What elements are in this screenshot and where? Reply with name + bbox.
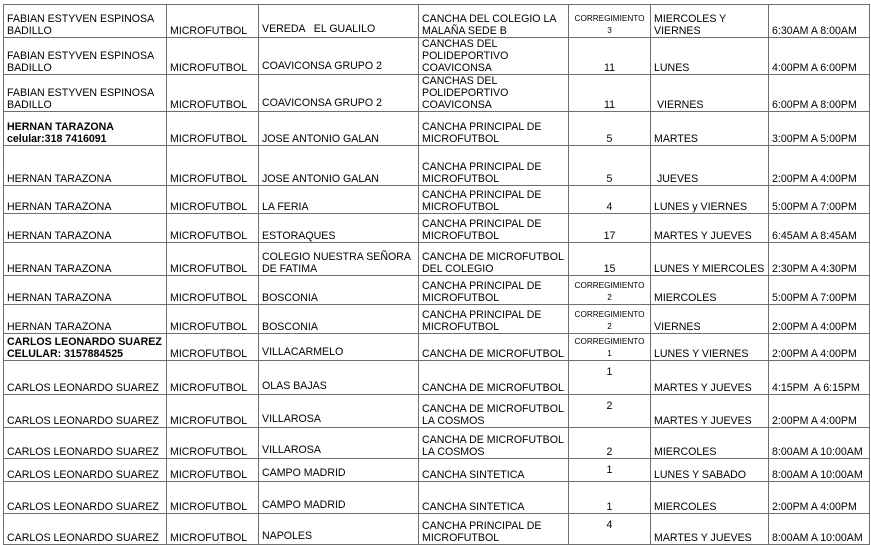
sport-cell: MICROFUTBOL	[167, 459, 259, 482]
table-row: HERNAN TARAZONAMICROFUTBOLESTORAQUESCANC…	[4, 214, 870, 243]
table-row: CARLOS LEONARDO SUAREZMICROFUTBOLCAMPO M…	[4, 482, 870, 514]
venue-cell: CANCHAS DELPOLIDEPORTIVOCOAVICONSA	[419, 75, 569, 112]
days-cell-line: LUNES Y MIERCOLES	[654, 263, 765, 275]
days-cell-line: MARTES Y JUEVES	[654, 382, 765, 394]
venue-cell-line: MICROFUTBOL	[422, 230, 565, 242]
sport-cell: MICROFUTBOL	[167, 361, 259, 395]
sport-cell: MICROFUTBOL	[167, 428, 259, 459]
instructor-cell: HERNAN TARAZONA	[4, 186, 167, 214]
instructor-cell-line: HERNAN TARAZONA	[7, 201, 163, 213]
instructor-cell-line: FABIAN ESTYVEN ESPINOSA	[7, 50, 163, 62]
time-cell: 6:45AM A 8:45AM	[769, 214, 870, 243]
table-row: CARLOS LEONARDO SUAREZMICROFUTBOLOLAS BA…	[4, 361, 870, 395]
days-cell: MARTES Y JUEVES	[651, 361, 769, 395]
time-cell: 2:00PM A 4:00PM	[769, 334, 870, 361]
days-cell-line: VIERNES	[654, 25, 765, 37]
instructor-cell: CARLOS LEONARDO SUAREZ	[4, 395, 167, 428]
venue-cell: CANCHA DEL COLEGIO LAMALAÑA SEDE B	[419, 5, 569, 38]
table-row: HERNAN TARAZONAMICROFUTBOLBOSCONIACANCHA…	[4, 305, 870, 334]
comuna-cell: 5	[569, 146, 651, 186]
venue-cell-line: CANCHAS DEL	[422, 38, 565, 50]
sport-cell: MICROFUTBOL	[167, 334, 259, 361]
days-cell-line: MIERCOLES	[654, 292, 765, 304]
days-cell: LUNES Y SABADO	[651, 459, 769, 482]
days-cell: MARTES Y JUEVES	[651, 395, 769, 428]
instructor-cell: HERNAN TARAZONA	[4, 214, 167, 243]
venue-cell-line: CANCHA PRINCIPAL DE	[422, 309, 565, 321]
sport-cell: MICROFUTBOL	[167, 75, 259, 112]
venue-cell: CANCHA PRINCIPAL DEMICROFUTBOL	[419, 146, 569, 186]
venue-cell-line: CANCHA PRINCIPAL DE	[422, 189, 565, 201]
comuna-cell: 15	[569, 243, 651, 276]
venue-cell-line: LA COSMOS	[422, 415, 565, 427]
time-cell: 2:00PM A 4:00PM	[769, 395, 870, 428]
sport-cell: MICROFUTBOL	[167, 186, 259, 214]
venue-cell-line: MICROFUTBOL	[422, 173, 565, 185]
instructor-cell: FABIAN ESTYVEN ESPINOSABADILLO	[4, 5, 167, 38]
venue-cell-line: CANCHA PRINCIPAL DE	[422, 161, 565, 173]
days-cell: MIERCOLES	[651, 428, 769, 459]
sport-cell: MICROFUTBOL	[167, 482, 259, 514]
zone-cell: NAPOLES	[259, 514, 419, 545]
venue-cell: CANCHA PRINCIPAL DEMICROFUTBOL	[419, 186, 569, 214]
days-cell-line: VIERNES	[654, 321, 765, 333]
instructor-cell: FABIAN ESTYVEN ESPINOSABADILLO	[4, 38, 167, 75]
comuna-cell: CORREGIMIENTO 2	[569, 276, 651, 305]
zone-cell: VEREDA EL GUALILO	[259, 5, 419, 38]
instructor-cell: CARLOS LEONARDO SUAREZ	[4, 361, 167, 395]
table-row: FABIAN ESTYVEN ESPINOSABADILLOMICROFUTBO…	[4, 38, 870, 75]
time-cell: 8:00AM A 10:00AM	[769, 459, 870, 482]
instructor-cell-line: CARLOS LEONARDO SUAREZ	[7, 382, 163, 394]
venue-cell-line: CANCHA SINTETICA	[422, 469, 565, 481]
time-cell: 4:00PM A 6:00PM	[769, 38, 870, 75]
instructor-cell-line: CELULAR: 3157884525	[7, 348, 163, 360]
venue-cell-line: CANCHA PRINCIPAL DE	[422, 218, 565, 230]
venue-cell: CANCHA DE MICROFUTBOL	[419, 334, 569, 361]
days-cell-line: MARTES Y JUEVES	[654, 415, 765, 427]
time-cell: 3:00PM A 5:00PM	[769, 112, 870, 146]
days-cell: JUEVES	[651, 146, 769, 186]
venue-cell: CANCHA SINTETICA	[419, 482, 569, 514]
time-cell: 8:00AM A 10:00AM	[769, 428, 870, 459]
venue-cell-line: CANCHA DEL COLEGIO LA	[422, 13, 565, 25]
instructor-cell: HERNAN TARAZONA	[4, 146, 167, 186]
comuna-cell: CORREGIMIENTO 2	[569, 305, 651, 334]
time-cell: 2:00PM A 4:00PM	[769, 482, 870, 514]
zone-cell: CAMPO MADRID	[259, 459, 419, 482]
days-cell-line: LUNES Y SABADO	[654, 469, 765, 481]
table-row: HERNAN TARAZONAMICROFUTBOLBOSCONIACANCHA…	[4, 276, 870, 305]
instructor-cell: HERNAN TARAZONA	[4, 305, 167, 334]
days-cell: LUNES Y VIERNES	[651, 334, 769, 361]
comuna-cell: 2	[569, 428, 651, 459]
table-row: HERNAN TARAZONAMICROFUTBOLJOSE ANTONIO G…	[4, 146, 870, 186]
comuna-cell: 11	[569, 38, 651, 75]
venue-cell: CANCHA PRINCIPAL DEMICROFUTBOL	[419, 112, 569, 146]
instructor-cell-line: CARLOS LEONARDO SUAREZ	[7, 469, 163, 481]
venue-cell-line: CANCHAS DEL	[422, 75, 565, 87]
table-row: CARLOS LEONARDO SUAREZMICROFUTBOLNAPOLES…	[4, 514, 870, 545]
time-cell: 2:00PM A 4:00PM	[769, 146, 870, 186]
instructor-cell-line: CARLOS LEONARDO SUAREZ	[7, 336, 163, 348]
instructor-cell: HERNAN TARAZONA	[4, 276, 167, 305]
venue-cell: CANCHA PRINCIPAL DEMICROFUTBOL	[419, 276, 569, 305]
instructor-cell-line: HERNAN TARAZONA	[7, 173, 163, 185]
sport-cell: MICROFUTBOL	[167, 146, 259, 186]
days-cell: LUNES y VIERNES	[651, 186, 769, 214]
zone-cell: LA FERIA	[259, 186, 419, 214]
sport-cell: MICROFUTBOL	[167, 214, 259, 243]
comuna-cell: 4	[569, 514, 651, 545]
venue-cell: CANCHA PRINCIPAL DEMICROFUTBOL	[419, 305, 569, 334]
instructor-cell-line: HERNAN TARAZONA	[7, 263, 163, 275]
table-row: HERNAN TARAZONAMICROFUTBOLCOLEGIO NUESTR…	[4, 243, 870, 276]
instructor-cell-line: CARLOS LEONARDO SUAREZ	[7, 415, 163, 427]
days-cell: VIERNES	[651, 75, 769, 112]
table-row: CARLOS LEONARDO SUAREZMICROFUTBOLVILLARO…	[4, 428, 870, 459]
venue-cell-line: CANCHA DE MICROFUTBOL	[422, 251, 565, 263]
instructor-cell-line: HERNAN TARAZONA	[7, 292, 163, 304]
days-cell: LUNES Y MIERCOLES	[651, 243, 769, 276]
instructor-cell: FABIAN ESTYVEN ESPINOSABADILLO	[4, 75, 167, 112]
comuna-cell: 17	[569, 214, 651, 243]
instructor-cell-line: FABIAN ESTYVEN ESPINOSA	[7, 13, 163, 25]
zone-cell: JOSE ANTONIO GALAN	[259, 146, 419, 186]
venue-cell-line: POLIDEPORTIVO	[422, 50, 565, 62]
instructor-cell-line: HERNAN TARAZONA	[7, 321, 163, 333]
comuna-cell: 1	[569, 361, 651, 395]
zone-cell: ESTORAQUES	[259, 214, 419, 243]
days-cell-line: MARTES Y JUEVES	[654, 230, 765, 242]
sport-cell: MICROFUTBOL	[167, 276, 259, 305]
venue-cell-line: MICROFUTBOL	[422, 133, 565, 145]
venue-cell: CANCHA DE MICROFUTBOLLA COSMOS	[419, 395, 569, 428]
venue-cell-line: CANCHA DE MICROFUTBOL	[422, 403, 565, 415]
zone-cell: BOSCONIA	[259, 276, 419, 305]
venue-cell-line: CANCHA SINTETICA	[422, 501, 565, 513]
days-cell: MARTES	[651, 112, 769, 146]
table-row: FABIAN ESTYVEN ESPINOSABADILLOMICROFUTBO…	[4, 75, 870, 112]
instructor-cell: CARLOS LEONARDO SUAREZ	[4, 514, 167, 545]
comuna-cell: CORREGIMIENTO 1	[569, 334, 651, 361]
instructor-cell-line: BADILLO	[7, 62, 163, 74]
comuna-cell: 4	[569, 186, 651, 214]
days-cell: LUNES	[651, 38, 769, 75]
venue-cell: CANCHAS DELPOLIDEPORTIVOCOAVICONSA	[419, 38, 569, 75]
time-cell: 5:00PM A 7:00PM	[769, 186, 870, 214]
venue-cell-line: COAVICONSA	[422, 62, 565, 74]
zone-cell: CAMPO MADRID	[259, 482, 419, 514]
table-row: FABIAN ESTYVEN ESPINOSABADILLOMICROFUTBO…	[4, 5, 870, 38]
sport-cell: MICROFUTBOL	[167, 305, 259, 334]
instructor-cell-line: CARLOS LEONARDO SUAREZ	[7, 501, 163, 513]
venue-cell-line: LA COSMOS	[422, 446, 565, 458]
venue-cell: CANCHA DE MICROFUTBOL	[419, 361, 569, 395]
sport-cell: MICROFUTBOL	[167, 5, 259, 38]
days-cell: MARTES Y JUEVES	[651, 514, 769, 545]
instructor-cell: CARLOS LEONARDO SUAREZ	[4, 459, 167, 482]
venue-cell: CANCHA DE MICROFUTBOLDEL COLEGIO	[419, 243, 569, 276]
instructor-cell-line: BADILLO	[7, 25, 163, 37]
venue-cell-line: CANCHA DE MICROFUTBOL	[422, 382, 565, 394]
sport-cell: MICROFUTBOL	[167, 112, 259, 146]
comuna-cell: 1	[569, 482, 651, 514]
days-cell-line: LUNES y VIERNES	[654, 201, 765, 213]
venue-cell-line: DEL COLEGIO	[422, 263, 565, 275]
table-row: CARLOS LEONARDO SUAREZMICROFUTBOLVILLARO…	[4, 395, 870, 428]
venue-cell-line: CANCHA PRINCIPAL DE	[422, 121, 565, 133]
venue-cell-line: MALAÑA SEDE B	[422, 25, 565, 37]
venue-cell: CANCHA PRINCIPAL DEMICROFUTBOL	[419, 514, 569, 545]
days-cell-line: MARTES	[654, 133, 765, 145]
sport-cell: MICROFUTBOL	[167, 243, 259, 276]
sport-cell: MICROFUTBOL	[167, 514, 259, 545]
zone-cell: COAVICONSA GRUPO 2	[259, 75, 419, 112]
venue-cell: CANCHA PRINCIPAL DEMICROFUTBOL	[419, 214, 569, 243]
days-cell-line: LUNES Y VIERNES	[654, 348, 765, 360]
venue-cell-line: MICROFUTBOL	[422, 201, 565, 213]
schedule-table-body: FABIAN ESTYVEN ESPINOSABADILLOMICROFUTBO…	[4, 5, 870, 545]
zone-cell: OLAS BAJAS	[259, 361, 419, 395]
days-cell: MIERCOLES YVIERNES	[651, 5, 769, 38]
days-cell-line: LUNES	[654, 62, 765, 74]
comuna-cell: 2	[569, 395, 651, 428]
comuna-cell: 5	[569, 112, 651, 146]
days-cell: MIERCOLES	[651, 482, 769, 514]
instructor-cell: CARLOS LEONARDO SUAREZCELULAR: 315788452…	[4, 334, 167, 361]
table-row: CARLOS LEONARDO SUAREZCELULAR: 315788452…	[4, 334, 870, 361]
time-cell: 2:00PM A 4:00PM	[769, 305, 870, 334]
days-cell-line: MIERCOLES	[654, 501, 765, 513]
days-cell-line: MIERCOLES Y	[654, 13, 765, 25]
instructor-cell: CARLOS LEONARDO SUAREZ	[4, 482, 167, 514]
venue-cell-line: COAVICONSA	[422, 99, 565, 111]
instructor-cell: HERNAN TARAZONA	[4, 243, 167, 276]
zone-cell: COLEGIO NUESTRA SEÑORA DE FATIMA	[259, 243, 419, 276]
days-cell-line: VIERNES	[654, 99, 765, 111]
venue-cell: CANCHA DE MICROFUTBOLLA COSMOS	[419, 428, 569, 459]
zone-cell: BOSCONIA	[259, 305, 419, 334]
venue-cell-line: POLIDEPORTIVO	[422, 87, 565, 99]
time-cell: 8:00AM A 10:00AM	[769, 514, 870, 545]
sport-cell: MICROFUTBOL	[167, 38, 259, 75]
comuna-cell: CORREGIMIENTO 3	[569, 5, 651, 38]
instructor-cell-line: HERNAN TARAZONA	[7, 230, 163, 242]
time-cell: 6:30AM A 8:00AM	[769, 5, 870, 38]
venue-cell-line: CANCHA DE MICROFUTBOL	[422, 348, 565, 360]
instructor-cell-line: FABIAN ESTYVEN ESPINOSA	[7, 87, 163, 99]
comuna-cell: 11	[569, 75, 651, 112]
zone-cell: VILLACARMELO	[259, 334, 419, 361]
days-cell: MIERCOLES	[651, 276, 769, 305]
instructor-cell-line: HERNAN TARAZONA	[7, 121, 163, 133]
comuna-cell: 1	[569, 459, 651, 482]
venue-cell-line: MICROFUTBOL	[422, 321, 565, 333]
table-row: CARLOS LEONARDO SUAREZMICROFUTBOLCAMPO M…	[4, 459, 870, 482]
sport-cell: MICROFUTBOL	[167, 395, 259, 428]
table-row: HERNAN TARAZONAMICROFUTBOLLA FERIACANCHA…	[4, 186, 870, 214]
time-cell: 5:00PM A 7:00PM	[769, 276, 870, 305]
zone-cell: COAVICONSA GRUPO 2	[259, 38, 419, 75]
instructor-cell: HERNAN TARAZONAcelular:318 7416091	[4, 112, 167, 146]
time-cell: 4:15PM A 6:15PM	[769, 361, 870, 395]
zone-cell: VILLAROSA	[259, 428, 419, 459]
time-cell: 2:30PM A 4:30PM	[769, 243, 870, 276]
venue-cell-line: CANCHA PRINCIPAL DE	[422, 280, 565, 292]
instructor-cell: CARLOS LEONARDO SUAREZ	[4, 428, 167, 459]
instructor-cell-line: CARLOS LEONARDO SUAREZ	[7, 532, 163, 544]
days-cell: MARTES Y JUEVES	[651, 214, 769, 243]
days-cell-line: MIERCOLES	[654, 446, 765, 458]
venue-cell-line: MICROFUTBOL	[422, 292, 565, 304]
days-cell: VIERNES	[651, 305, 769, 334]
instructor-cell-line: CARLOS LEONARDO SUAREZ	[7, 446, 163, 458]
venue-cell-line: CANCHA PRINCIPAL DE	[422, 520, 565, 532]
schedule-table: FABIAN ESTYVEN ESPINOSABADILLOMICROFUTBO…	[3, 4, 870, 544]
venue-cell-line: MICROFUTBOL	[422, 532, 565, 544]
venue-cell: CANCHA SINTETICA	[419, 459, 569, 482]
zone-cell: JOSE ANTONIO GALAN	[259, 112, 419, 146]
time-cell: 6:00PM A 8:00PM	[769, 75, 870, 112]
days-cell-line: MARTES Y JUEVES	[654, 532, 765, 544]
instructor-cell-line: BADILLO	[7, 99, 163, 111]
instructor-cell-line: celular:318 7416091	[7, 133, 163, 145]
table-row: HERNAN TARAZONAcelular:318 7416091MICROF…	[4, 112, 870, 146]
venue-cell-line: CANCHA DE MICROFUTBOL	[422, 434, 565, 446]
days-cell-line: JUEVES	[654, 173, 765, 185]
zone-cell: VILLAROSA	[259, 395, 419, 428]
